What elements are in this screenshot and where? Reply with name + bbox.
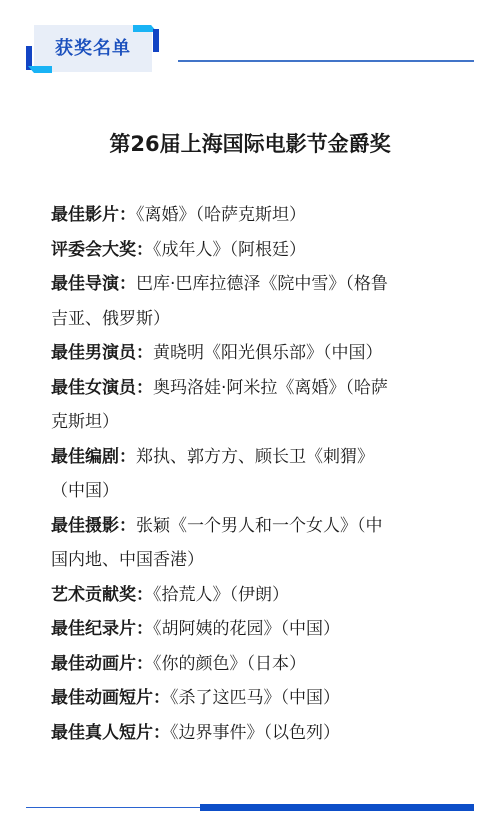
- award-row: 评委会大奖：《成年人》（阿根廷）: [51, 236, 461, 271]
- awards-list: 最佳影片：《离婚》（哈萨克斯坦） 评委会大奖：《成年人》（阿根廷） 最佳导演：巴…: [51, 201, 461, 753]
- award-row-continuation: 克斯坦）: [51, 408, 461, 443]
- section-badge-label: 获奖名单: [34, 25, 152, 72]
- award-row-continuation: 吉亚、俄罗斯）: [51, 305, 461, 340]
- award-value: 《离婚》（哈萨克斯坦）: [136, 205, 306, 225]
- award-label: 最佳动画片：: [51, 654, 153, 674]
- award-value: 黄晓明《阳光俱乐部》（中国）: [153, 343, 383, 363]
- award-row: 最佳影片：《离婚》（哈萨克斯坦）: [51, 201, 461, 236]
- award-value: 吉亚、俄罗斯）: [51, 309, 170, 329]
- award-row: 最佳男演员：黄晓明《阳光俱乐部》（中国）: [51, 339, 461, 374]
- award-value: 《拾荒人》（伊朗）: [153, 585, 289, 605]
- award-label: 最佳纪录片：: [51, 619, 153, 639]
- footer-divider-thin: [26, 807, 202, 808]
- award-label: 评委会大奖：: [51, 240, 153, 260]
- award-label: 艺术贡献奖：: [51, 585, 153, 605]
- award-label: 最佳导演：: [51, 274, 136, 294]
- award-label: 最佳编剧：: [51, 447, 136, 467]
- page-title: 第26届上海国际电影节金爵奖: [0, 128, 500, 158]
- award-label: 最佳真人短片：: [51, 723, 170, 743]
- award-label: 最佳男演员：: [51, 343, 153, 363]
- section-badge: 获奖名单: [26, 25, 160, 73]
- award-value: 巴库·巴库拉德泽《院中雪》（格鲁: [136, 274, 388, 294]
- header-divider: [178, 60, 474, 62]
- award-row-continuation: （中国）: [51, 477, 461, 512]
- award-row: 最佳导演：巴库·巴库拉德泽《院中雪》（格鲁: [51, 270, 461, 305]
- footer-divider-thick: [200, 804, 474, 811]
- award-value: 《成年人》（阿根廷）: [153, 240, 306, 260]
- award-row: 最佳编剧：郑执、郭方方、顾长卫《刺猬》: [51, 443, 461, 478]
- award-value: 国内地、中国香港）: [51, 550, 204, 570]
- award-row: 最佳真人短片：《边界事件》（以色列）: [51, 719, 461, 754]
- award-label: 最佳女演员：: [51, 378, 153, 398]
- award-row: 最佳纪录片：《胡阿姨的花园》（中国）: [51, 615, 461, 650]
- award-value: 《你的颜色》（日本）: [153, 654, 306, 674]
- award-row: 最佳动画片：《你的颜色》（日本）: [51, 650, 461, 685]
- award-label: 最佳摄影：: [51, 516, 136, 536]
- award-value: 《胡阿姨的花园》（中国）: [153, 619, 340, 639]
- award-label: 最佳影片：: [51, 205, 136, 225]
- bracket-bar-right-vertical: [153, 29, 159, 52]
- award-row: 艺术贡献奖：《拾荒人》（伊朗）: [51, 581, 461, 616]
- award-value: （中国）: [51, 481, 119, 501]
- award-row: 最佳动画短片：《杀了这匹马》（中国）: [51, 684, 461, 719]
- award-value: 奥玛洛娃·阿米拉《离婚》（哈萨: [153, 378, 388, 398]
- award-row: 最佳摄影：张颖《一个男人和一个女人》（中: [51, 512, 461, 547]
- award-row-continuation: 国内地、中国香港）: [51, 546, 461, 581]
- award-value: 《杀了这匹马》（中国）: [170, 688, 340, 708]
- award-value: 郑执、郭方方、顾长卫《刺猬》: [136, 447, 374, 467]
- award-value: 张颖《一个男人和一个女人》（中: [136, 516, 383, 536]
- award-label: 最佳动画短片：: [51, 688, 170, 708]
- award-row: 最佳女演员：奥玛洛娃·阿米拉《离婚》（哈萨: [51, 374, 461, 409]
- award-value: 《边界事件》（以色列）: [170, 723, 340, 743]
- award-value: 克斯坦）: [51, 412, 119, 432]
